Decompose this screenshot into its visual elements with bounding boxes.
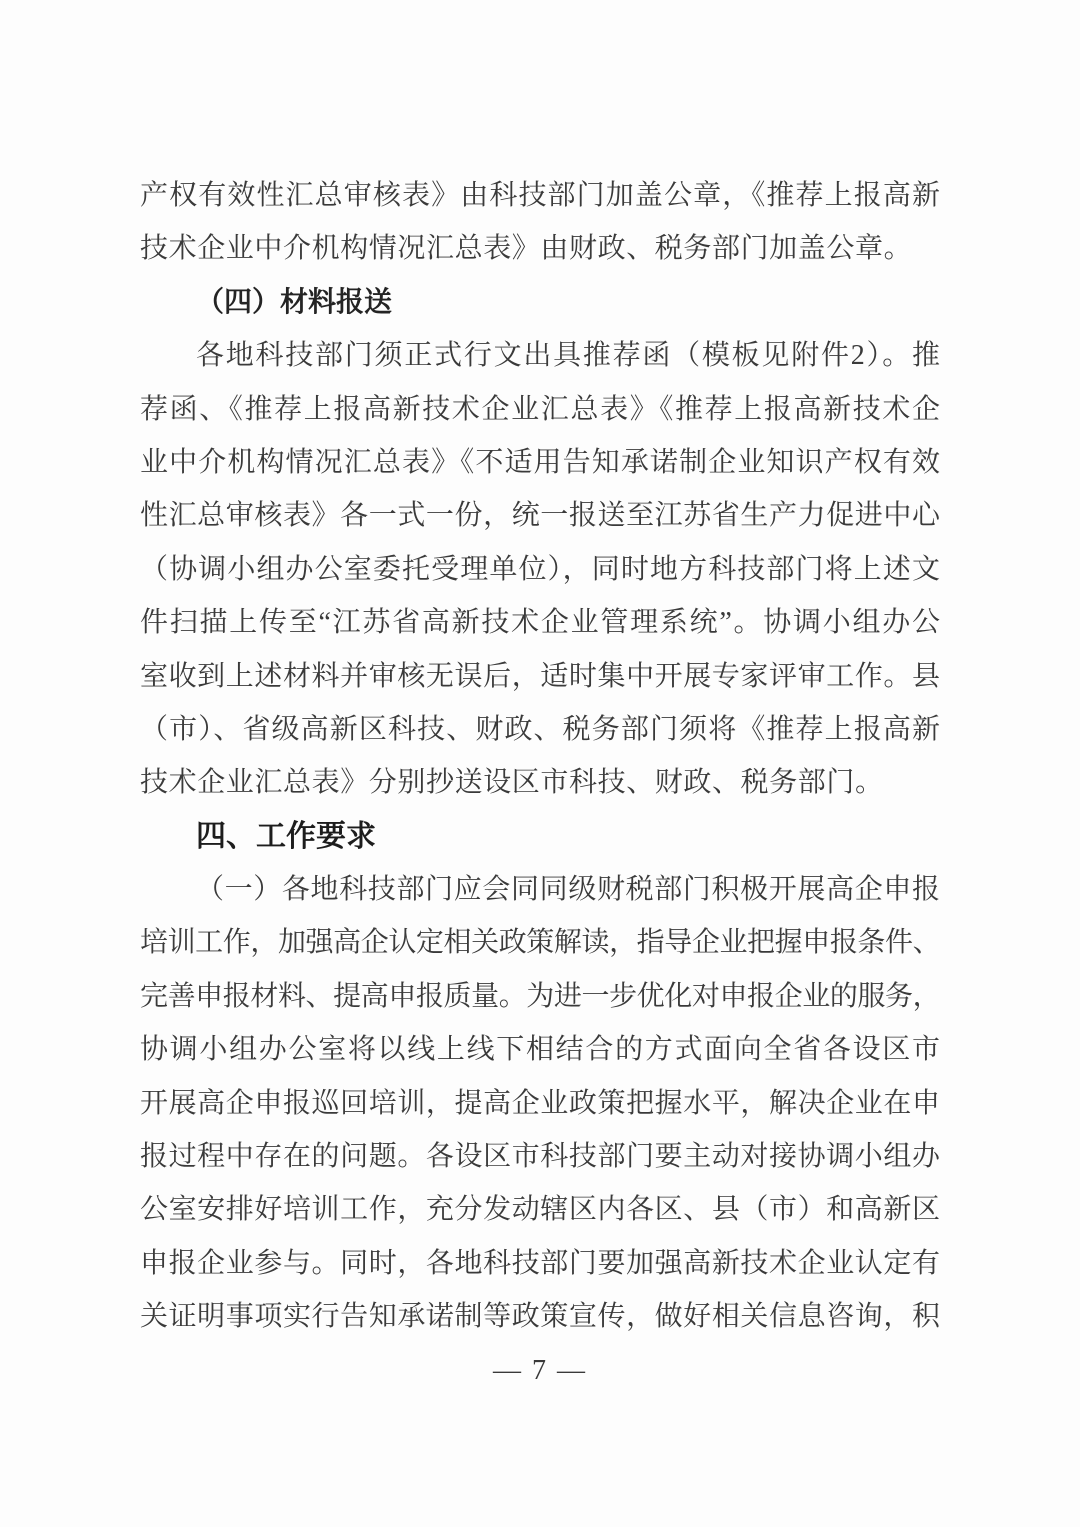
text-line: 完善申报材料、提高申报质量。为进一步优化对申报企业的服务， (140, 970, 940, 1023)
text-line: 开展高企申报巡回培训，提高企业政策把握水平，解决企业在申 (140, 1077, 940, 1130)
section-heading: （四）材料报送 (140, 276, 940, 329)
text-line: （市）、省级高新区科技、财政、税务部门须将《推荐上报高新 (140, 703, 940, 756)
text-line: 各地科技部门须正式行文出具推荐函（模板见附件2）。推 (140, 329, 940, 382)
text-line: 关证明事项实行告知承诺制等政策宣传，做好相关信息咨询，积 (140, 1290, 940, 1343)
page-number: — 7 — (140, 1344, 940, 1397)
text-line: 室收到上述材料并审核无误后，适时集中开展专家评审工作。县 (140, 650, 940, 703)
text-line: （协调小组办公室委托受理单位），同时地方科技部门将上述文 (140, 543, 940, 596)
text-line: （一）各地科技部门应会同同级财税部门积极开展高企申报 (140, 863, 940, 916)
text-line: 荐函、《推荐上报高新技术企业汇总表》《推荐上报高新技术企 (140, 383, 940, 436)
text-line: 件扫描上传至“江苏省高新技术企业管理系统”。协调小组办公 (140, 596, 940, 649)
text-line: 申报企业参与。同时，各地科技部门要加强高新技术企业认定有 (140, 1237, 940, 1290)
text-line: 报过程中存在的问题。各设区市科技部门要主动对接协调小组办 (140, 1130, 940, 1183)
text-line: 技术企业中介机构情况汇总表》由财政、税务部门加盖公章。 (140, 222, 940, 275)
text-line: 技术企业汇总表》分别抄送设区市科技、财政、税务部门。 (140, 756, 940, 809)
text-line: 性汇总审核表》各一式一份，统一报送至江苏省生产力促进中心 (140, 489, 940, 542)
section-heading: 四、工作要求 (140, 810, 940, 863)
document-lines: 产权有效性汇总审核表》由科技部门加盖公章，《推荐上报高新技术企业中介机构情况汇总… (140, 169, 940, 1397)
text-line: 业中介机构情况汇总表》《不适用告知承诺制企业知识产权有效 (140, 436, 940, 489)
text-line: 培训工作，加强高企认定相关政策解读，指导企业把握申报条件、 (140, 916, 940, 969)
text-line: 公室安排好培训工作，充分发动辖区内各区、县（市）和高新区 (140, 1183, 940, 1236)
text-line: 协调小组办公室将以线上线下相结合的方式面向全省各设区市 (140, 1023, 940, 1076)
document-page: 产权有效性汇总审核表》由科技部门加盖公章，《推荐上报高新技术企业中介机构情况汇总… (0, 0, 1080, 1527)
text-line: 产权有效性汇总审核表》由科技部门加盖公章，《推荐上报高新 (140, 169, 940, 222)
